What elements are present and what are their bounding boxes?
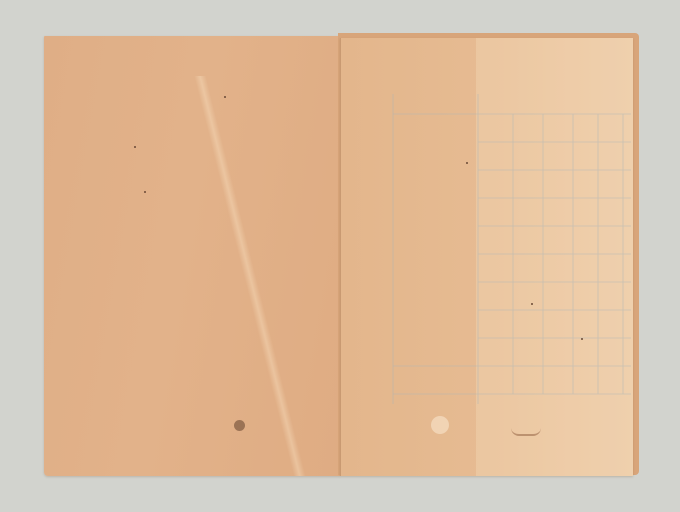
left-page xyxy=(44,36,340,476)
paper-speck xyxy=(581,338,583,340)
paper-speck xyxy=(531,303,533,305)
ledger-grid-showthrough xyxy=(383,94,631,404)
paper-speck xyxy=(466,162,468,164)
paper-speck xyxy=(224,96,226,98)
ink-mark xyxy=(511,428,541,436)
paper-crease xyxy=(194,76,306,476)
paper-speck xyxy=(144,191,146,193)
light-spot xyxy=(431,416,449,434)
right-page xyxy=(340,38,633,476)
ink-stain xyxy=(234,420,245,431)
paper-speck xyxy=(134,146,136,148)
